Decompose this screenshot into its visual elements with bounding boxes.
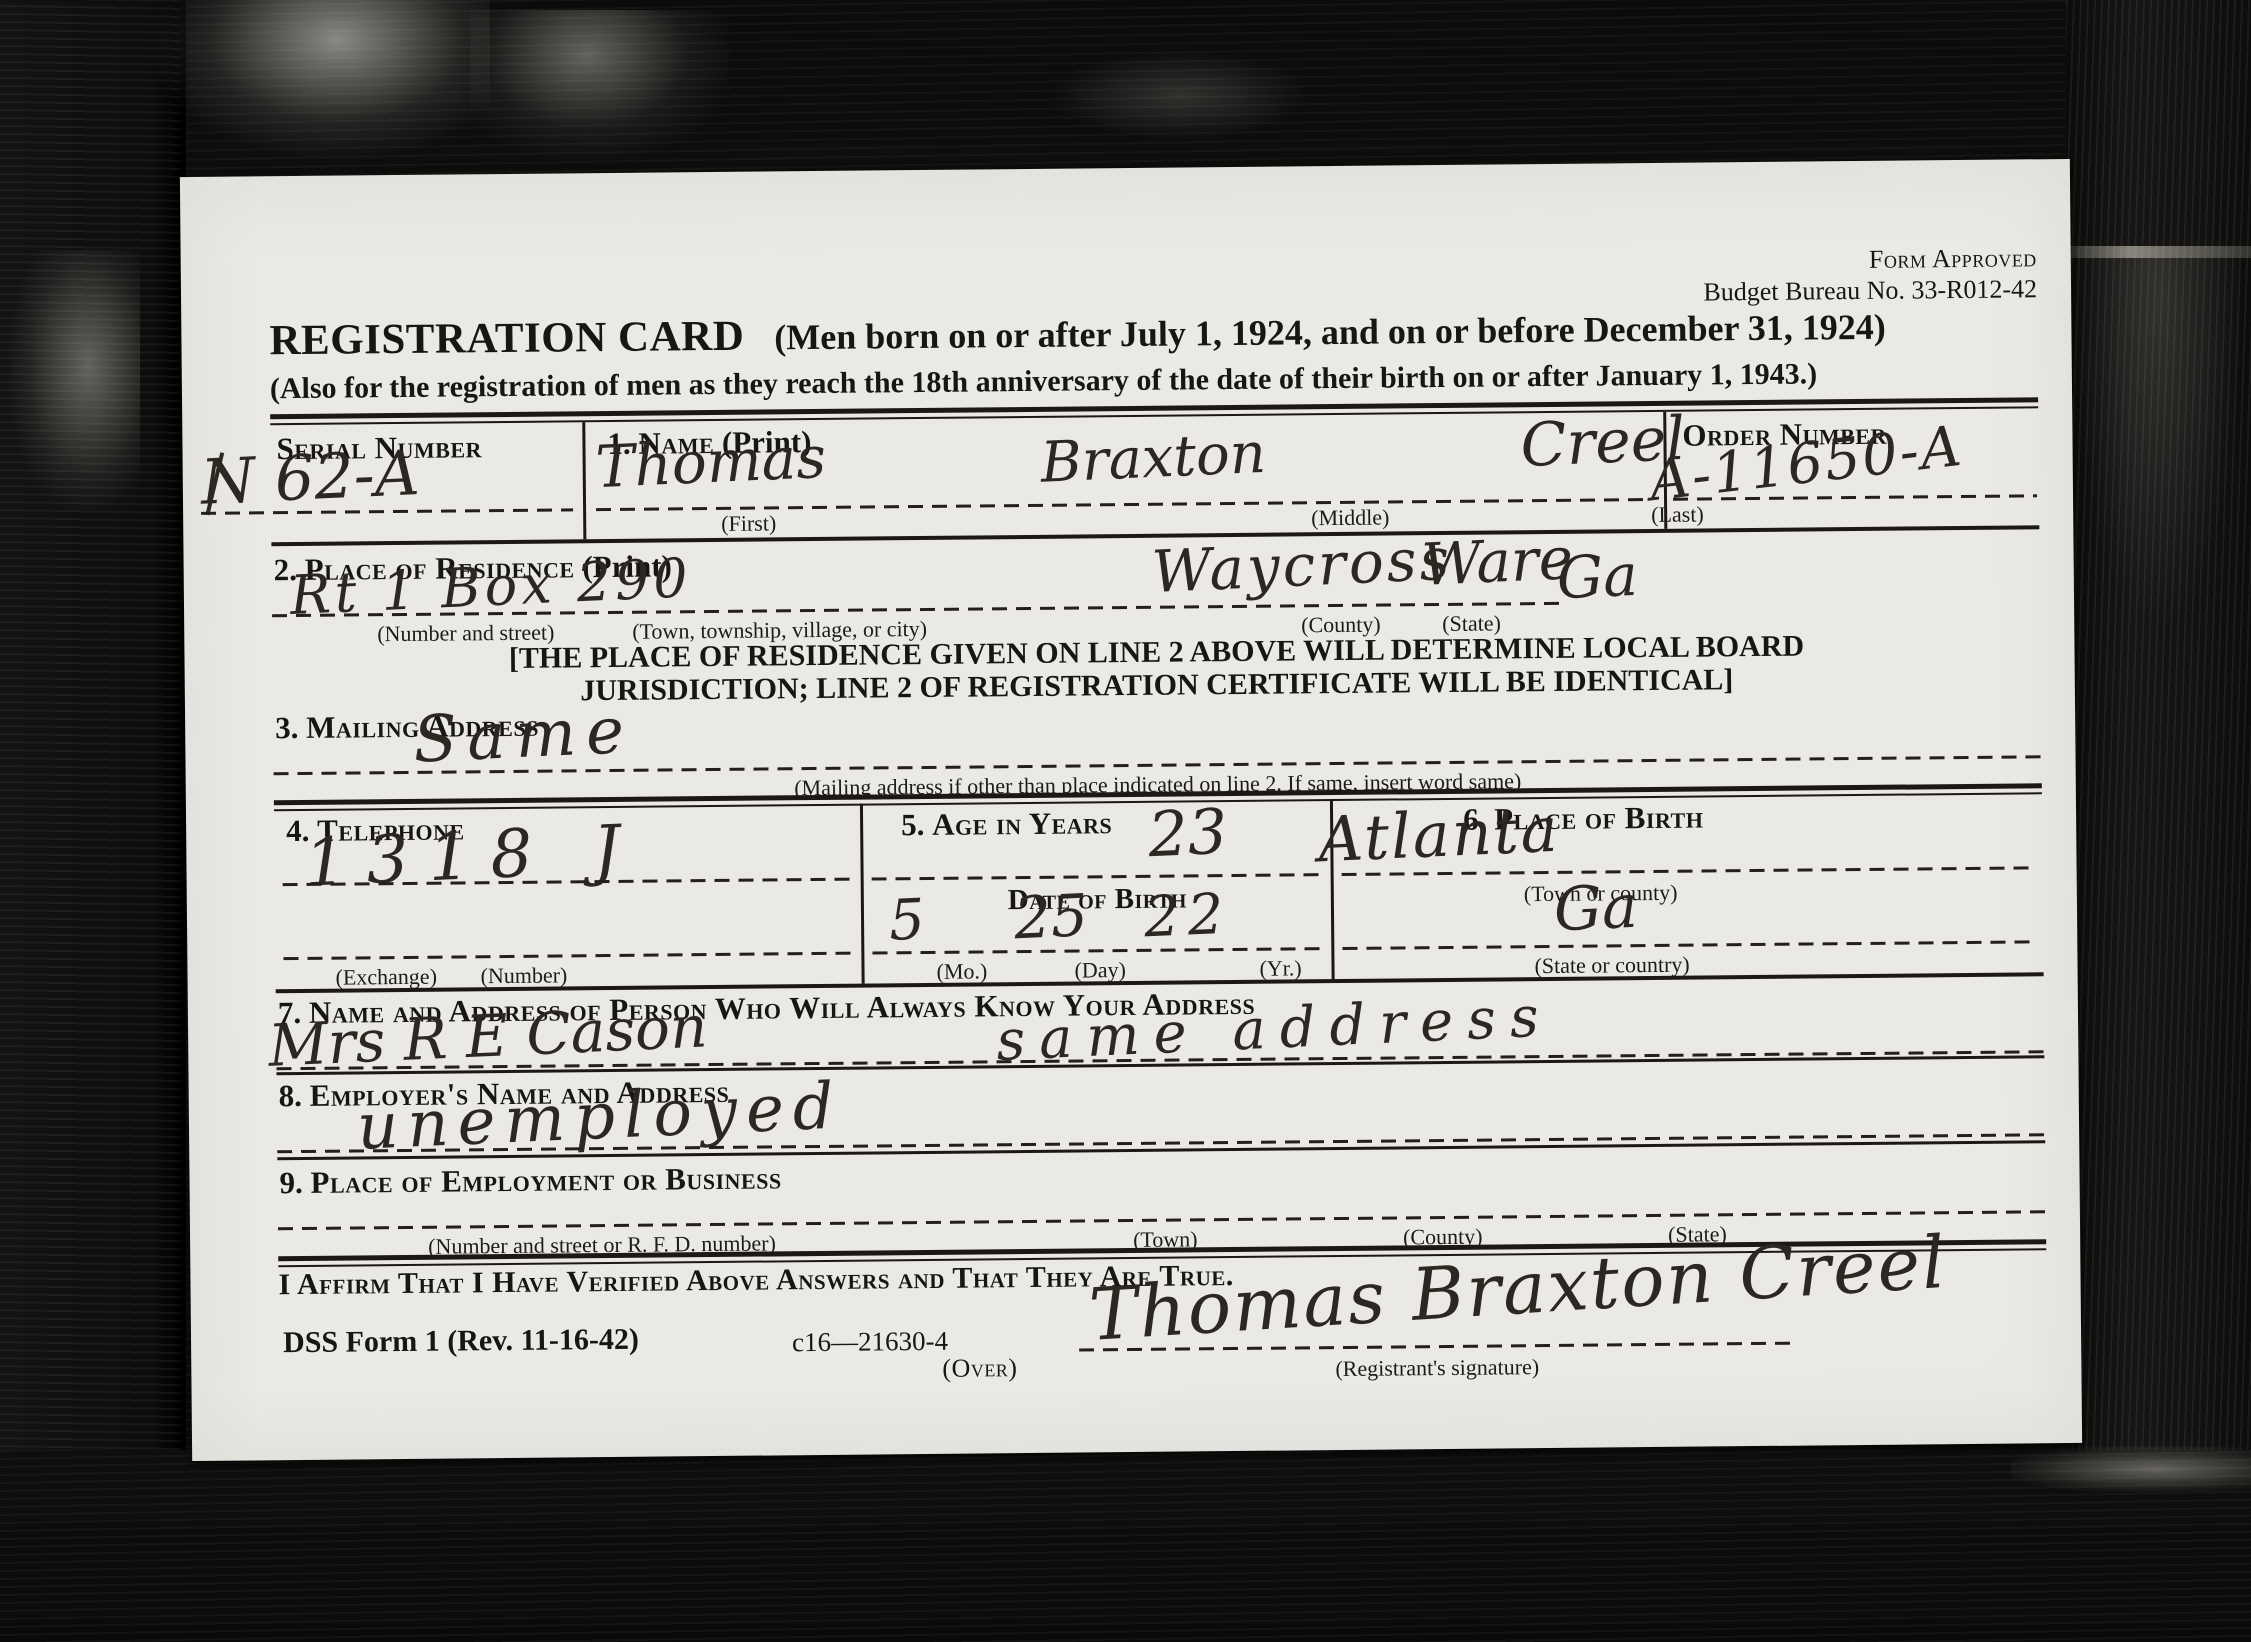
- order-number-cell: Order Number A-11650-A: [1666, 408, 2039, 529]
- birth-day-value: 25: [1013, 886, 1089, 947]
- employment-place-label-text: Place of Employment or Business: [310, 1160, 781, 1200]
- print-code: c16—21630-4: [792, 1326, 948, 1358]
- fill-in-line: [872, 873, 1323, 880]
- fill-in-line: [872, 947, 1323, 954]
- fill-in-line: [596, 498, 1652, 511]
- first-name-value: Thomas: [594, 428, 827, 496]
- age-cell: 5. Age in Years 23 Date of Birth 5 25 22…: [863, 799, 1335, 984]
- serial-number-cell: Serial Number N 62-A: [270, 422, 586, 542]
- age-value: 23: [1147, 801, 1229, 866]
- wood-scuff-mark: [150, 0, 490, 160]
- scanned-document-page: Form Approved Budget Bureau No. 33-R012-…: [0, 0, 2251, 1642]
- residence-town-value: Waycross: [1151, 530, 1454, 601]
- wood-bottom-highlight: [2011, 1446, 2251, 1492]
- registration-card: Form Approved Budget Bureau No. 33-R012-…: [180, 159, 2082, 1461]
- age-label-text: Age in Years: [932, 805, 1112, 842]
- name-cell: 1. Name (Print) Thomas Braxton Creel (Fi…: [585, 412, 1667, 539]
- month-sublabel: (Mo.): [936, 958, 987, 984]
- card-subtitle: (Also for the registration of men as the…: [270, 355, 2038, 406]
- middle-name-value: Braxton: [1039, 426, 1266, 492]
- age-label-number: 5.: [901, 807, 925, 842]
- row-telephone-age-birth: 4. Telephone 1318 J (Exchange) (Number) …: [274, 792, 2044, 989]
- day-sublabel: (Day): [1074, 957, 1126, 983]
- residence-state-value: Ga: [1556, 546, 1639, 608]
- wood-seam-highlight: [2066, 246, 2251, 258]
- mailing-address-value: Same: [412, 699, 635, 773]
- row-mailing-address: 3. Mailing Address Same (Mailing address…: [273, 691, 2042, 798]
- first-sublabel: (First): [721, 510, 776, 537]
- row-serial-name-order: Serial Number N 62-A 1. Name (Print) Tho…: [270, 408, 2039, 542]
- employment-place-label: 9. Place of Employment or Business: [279, 1160, 781, 1201]
- number-sublabel: (Number): [480, 962, 567, 989]
- residence-county-value: Ware: [1420, 529, 1574, 594]
- card-title-note: (Men born on or after July 1, 1924, and …: [774, 307, 1886, 358]
- birth-year-value: 22: [1143, 887, 1233, 947]
- signature-sublabel: (Registrant's signature): [1335, 1354, 1539, 1382]
- mailing-label-number: 3.: [275, 710, 299, 745]
- wood-seam-glow: [2066, 258, 2251, 658]
- year-sublabel: (Yr.): [1259, 955, 1301, 981]
- wood-plank-left: [0, 0, 186, 1642]
- age-label: 5. Age in Years: [901, 805, 1112, 843]
- exchange-sublabel: (Exchange): [335, 964, 437, 991]
- place-of-birth-cell: 6. Place of Birth Atlanta (Town or count…: [1333, 792, 2044, 979]
- wood-plank-bottom: [0, 1450, 2251, 1642]
- fill-in-line: [283, 952, 853, 960]
- birth-month-value: 5: [888, 892, 926, 950]
- over-note: (Over): [942, 1353, 1017, 1384]
- employer-label-number: 8.: [279, 1078, 303, 1113]
- wood-scuff-mark: [1050, 50, 1310, 140]
- card-footer: DSS Form 1 (Rev. 11-16-42) c16—21630-4 (…: [279, 1285, 2048, 1460]
- form-id: DSS Form 1 (Rev. 11-16-42): [283, 1323, 639, 1360]
- card-content: Form Approved Budget Bureau No. 33-R012-…: [268, 159, 2048, 1460]
- telephone-cell: 4. Telephone 1318 J (Exchange) (Number): [274, 804, 865, 990]
- birth-state-value: Ga: [1553, 877, 1639, 941]
- birth-town-value: Atlanta: [1317, 799, 1561, 872]
- date-of-birth-label: Date of Birth: [864, 881, 1331, 918]
- row-place-of-residence: 2. Place of Residence (Print) Rt 1 Box 2…: [271, 531, 2040, 644]
- serial-number-value: N 62-A: [200, 442, 421, 514]
- fill-in-line: [1342, 940, 2035, 950]
- wood-left-highlight: [10, 250, 140, 510]
- employment-place-label-number: 9.: [279, 1165, 303, 1200]
- wood-scuff-mark: [470, 10, 730, 160]
- card-title: REGISTRATION CARD: [269, 313, 744, 365]
